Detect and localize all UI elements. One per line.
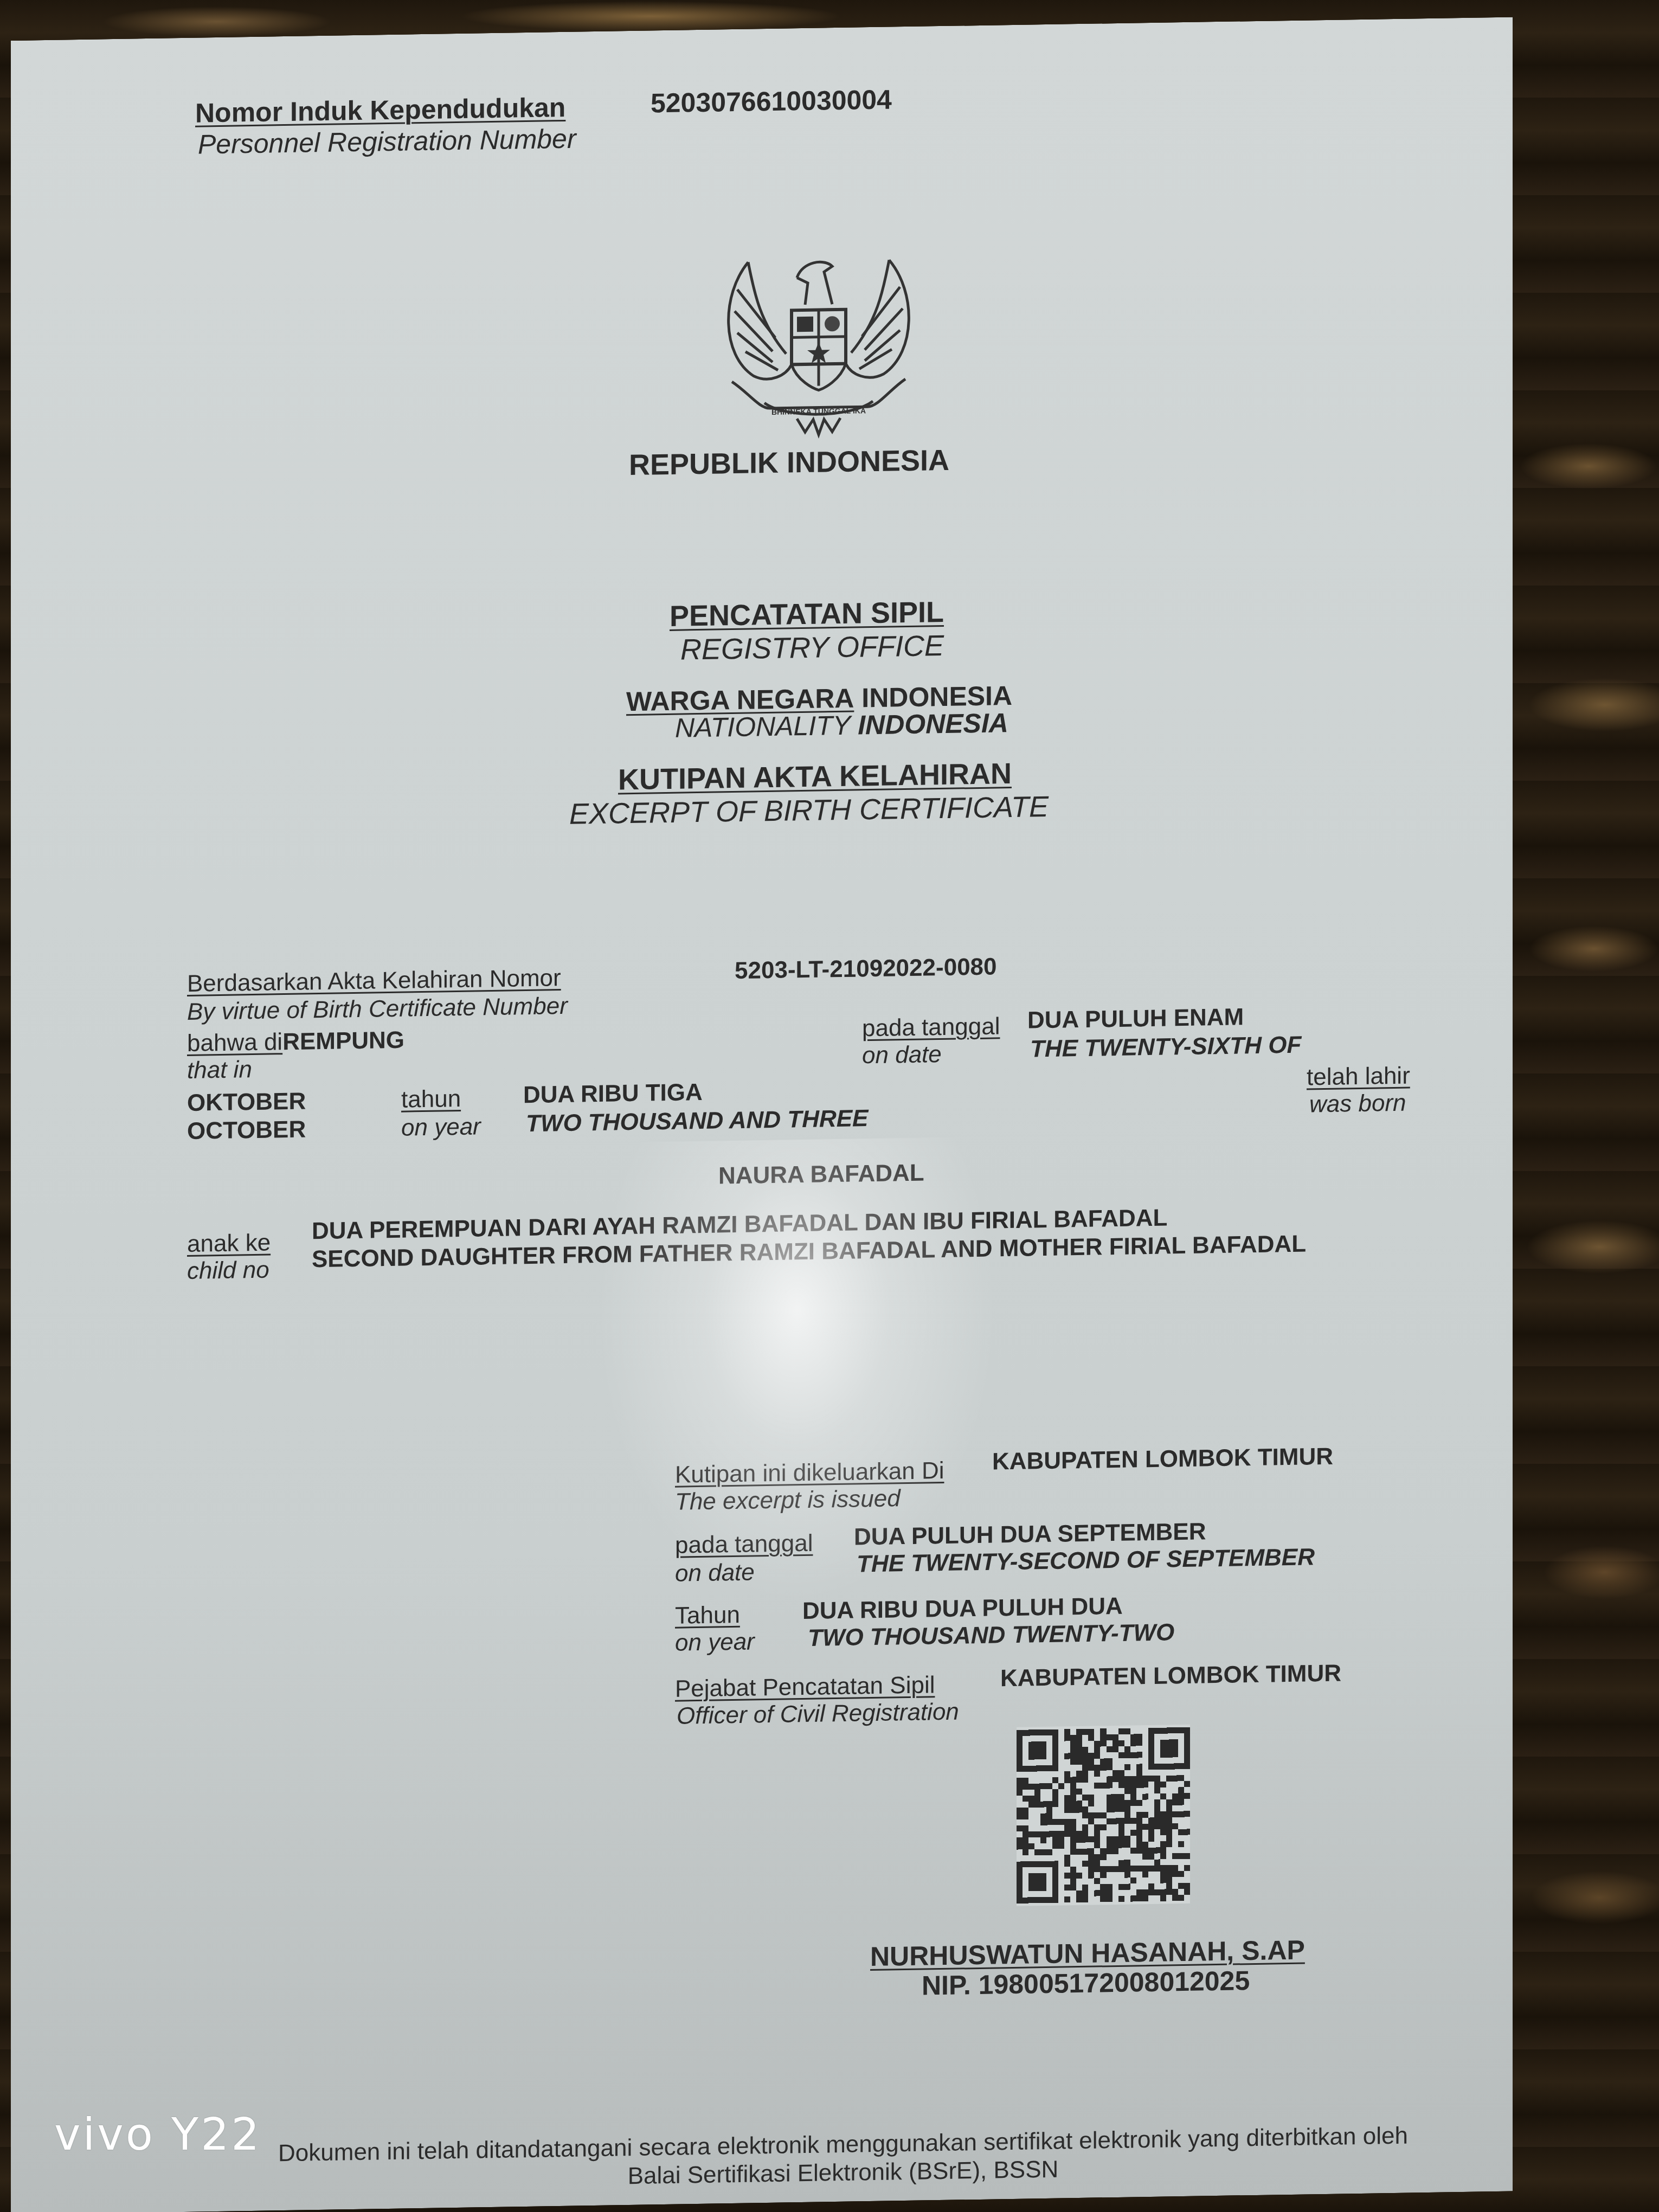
birth-year-label-en: on year <box>401 1113 481 1141</box>
child-no-label: anak ke <box>187 1229 271 1257</box>
birth-month-value-en: OCTOBER <box>187 1116 306 1144</box>
child-name: NAURA BAFADAL <box>718 1160 924 1190</box>
issue-year-label-en: on year <box>675 1628 755 1656</box>
birth-place-label: bahwa di <box>187 1028 282 1057</box>
born-label-en: was born <box>1309 1090 1406 1118</box>
document-title-en: EXCERPT OF BIRTH CERTIFICATE <box>569 790 1049 831</box>
born-label: telah lahir <box>1307 1062 1410 1091</box>
nationality-label-en: NATIONALITY <box>675 710 850 743</box>
issue-place-label: Kutipan ini dikeluarkan Di <box>675 1457 944 1489</box>
birth-day-value-en: THE TWENTY-SIXTH OF <box>1030 1032 1301 1063</box>
office-label: PENCATATAN SIPIL <box>670 595 944 633</box>
garuda-emblem-icon: BHINNEKA TUNGGAL IKA <box>716 243 922 447</box>
svg-text:BHINNEKA TUNGGAL IKA: BHINNEKA TUNGGAL IKA <box>771 406 866 416</box>
birth-year-value-en: TWO THOUSAND AND THREE <box>526 1105 868 1137</box>
issue-year-label: Tahun <box>675 1602 740 1630</box>
nik-label-en: Personnel Registration Number <box>198 123 576 160</box>
child-no-label-en: child no <box>187 1257 269 1285</box>
issue-year-value-en: TWO THOUSAND TWENTY-TWO <box>808 1619 1174 1652</box>
issue-place-label-en: The excerpt is issued <box>675 1485 901 1516</box>
cert-no-label: Berdasarkan Akta Kelahiran Nomor <box>187 964 561 998</box>
birth-year-label: tahun <box>401 1085 461 1114</box>
camera-watermark: vivo Y22 <box>54 2109 262 2160</box>
birth-certificate-paper: Nomor Induk Kependudukan Personnel Regis… <box>11 17 1513 2212</box>
issue-date-label-en: on date <box>675 1559 755 1587</box>
birth-year-value: DUA RIBU TIGA <box>523 1079 703 1109</box>
birth-month-value: OKTOBER <box>187 1088 306 1116</box>
birth-date-label-en: on date <box>862 1041 942 1069</box>
cert-no-value: 5203-LT-21092022-0080 <box>735 953 997 985</box>
nik-label: Nomor Induk Kependudukan <box>195 92 565 129</box>
birth-place-value: REMPUNG <box>282 1027 404 1056</box>
officer-label: Pejabat Pencatatan Sipil <box>675 1671 935 1703</box>
signatory-nip: NIP. 198005172008012025 <box>922 1965 1250 2002</box>
document-title: KUTIPAN AKTA KELAHIRAN <box>618 757 1012 796</box>
qr-code-icon[interactable] <box>1017 1725 1190 1906</box>
officer-label-en: Officer of Civil Registration <box>677 1699 959 1730</box>
birth-day-value: DUA PULUH ENAM <box>1027 1004 1244 1034</box>
cert-no-label-en: By virtue of Birth Certificate Number <box>187 993 568 1026</box>
birth-place-label-en: that in <box>187 1056 252 1084</box>
officer-region: KABUPATEN LOMBOK TIMUR <box>1000 1660 1341 1692</box>
birth-date-label: pada tanggal <box>862 1013 1000 1042</box>
issue-place-value: KABUPATEN LOMBOK TIMUR <box>992 1443 1333 1476</box>
birth-place-row: bahwa diREMPUNG <box>187 1027 404 1057</box>
nik-value: 5203076610030004 <box>651 83 892 119</box>
nationality-value-en: INDONESIA <box>858 708 1008 740</box>
country-title: REPUBLIK INDONESIA <box>629 443 949 482</box>
issue-date-label: pada tanggal <box>675 1530 813 1559</box>
nationality-row-en: NATIONALITY INDONESIA <box>675 707 1008 744</box>
office-label-en: REGISTRY OFFICE <box>680 629 944 667</box>
